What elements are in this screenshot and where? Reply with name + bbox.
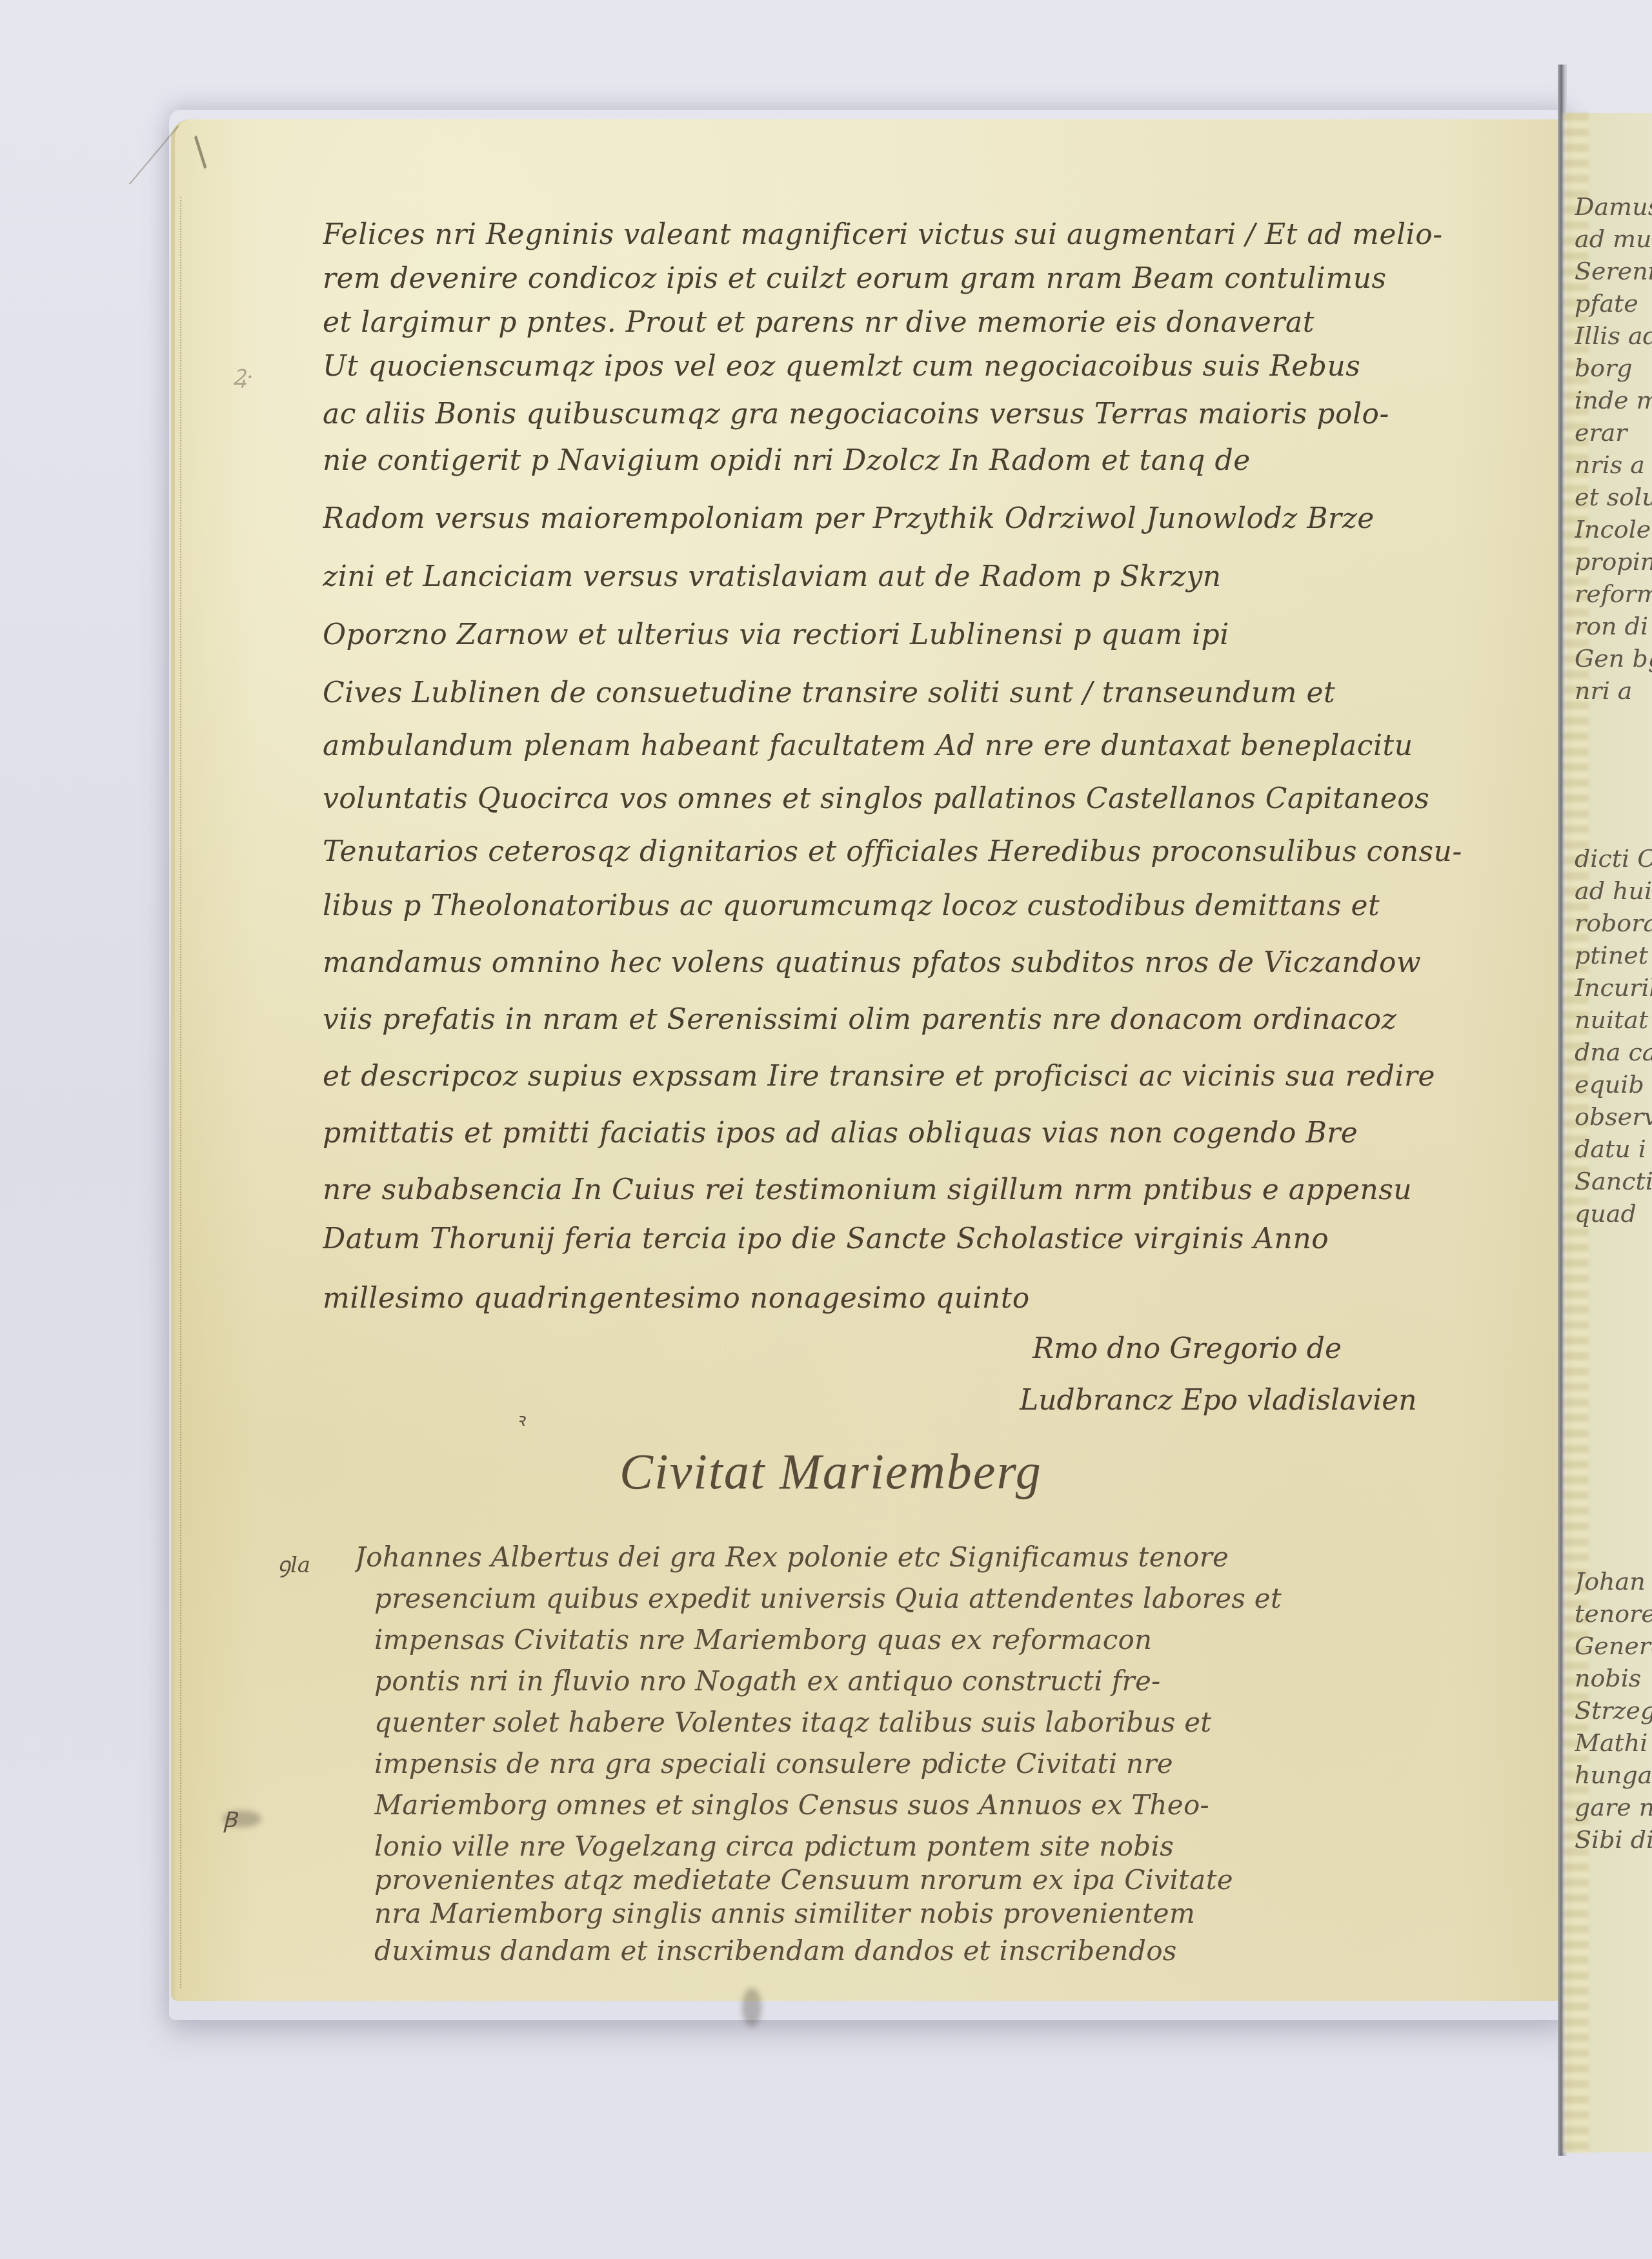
text-line: Johannes Albertus dei gra Rex polonie et… xyxy=(355,1536,1478,1579)
text-line: Ut quocienscumqz ipos vel eoz quemlzt cu… xyxy=(323,345,1497,389)
margin-gloss: ꝯla xyxy=(277,1549,310,1579)
margin-stamp: Ꝝ· xyxy=(232,361,254,391)
text-line: impensas Civitatis nre Mariemborg quas e… xyxy=(374,1619,1497,1661)
text-line: et descripcoz supius expssam Iire transi… xyxy=(323,1055,1497,1099)
text-line: voluntatis Quocirca vos omnes et singlos… xyxy=(323,777,1497,821)
text-line: presencium quibus expedit universis Quia… xyxy=(374,1577,1497,1620)
facing-text-line: quad xyxy=(1575,1194,1652,1233)
text-line: rem devenire condicoz ipis et cuilzt eor… xyxy=(323,257,1497,301)
signature-line: Ludbrancz Epo vladislavien xyxy=(1020,1378,1471,1423)
facing-text-line: nri a xyxy=(1575,671,1652,710)
text-line: nre subabsencia In Cuius rei testimonium… xyxy=(323,1168,1497,1212)
text-line: et largimur p pntes. Prout et parens nr … xyxy=(323,301,1497,345)
text-line: nie contigerit p Navigium opidi nri Dzol… xyxy=(323,439,1497,483)
text-line: impensis de nra gra speciali consulere p… xyxy=(374,1743,1497,1785)
text-line: ambulandum plenam habeant facultatem Ad … xyxy=(323,724,1497,768)
text-line: pmittatis et pmitti faciatis ipos ad ali… xyxy=(323,1111,1497,1155)
text-line: Mariemborg omnes et singlos Census suos … xyxy=(374,1784,1497,1827)
text-line: Cives Lublinen de consuetudine transire … xyxy=(323,671,1497,715)
signature-line: Rmo dno Gregorio de xyxy=(1032,1326,1484,1372)
margin-mark: ꝛ xyxy=(516,1407,525,1432)
manuscript-scan: / Ꝝ· ꝯla Ꞵ ꝛ Felices nri Regninis valean… xyxy=(0,0,1652,2259)
text-line: libus p Theolonatoribus ac quorumcumqz l… xyxy=(323,884,1497,928)
text-line: viis prefatis in nram et Serenissimi oli… xyxy=(323,998,1497,1042)
section-heading: Civitat Mariemberg xyxy=(619,1436,1084,1507)
text-line: Datum Thorunij feria tercia ipo die Sanc… xyxy=(323,1217,1497,1261)
text-line: Oporzno Zarnow et ulterius via rectiori … xyxy=(323,613,1497,657)
text-line: Felices nri Regninis valeant magnificeri… xyxy=(323,213,1497,257)
margin-mark: Ꞵ xyxy=(223,1804,237,1834)
text-line: quenter solet habere Volentes itaqz tali… xyxy=(374,1701,1497,1744)
text-line: ac aliis Bonis quibuscumqz gra negociaco… xyxy=(323,392,1497,436)
text-line: mandamus omnino hec volens quatinus pfat… xyxy=(323,941,1497,985)
text-line: zini et Lanciciam versus vratislaviam au… xyxy=(323,555,1497,599)
text-line: Tenutarios ceterosqz dignitarios et offi… xyxy=(323,830,1497,874)
text-line: Radom versus maiorempoloniam per Przythi… xyxy=(323,497,1497,541)
facing-text-line: Sibi di xyxy=(1575,1820,1652,1859)
ink-stain xyxy=(742,1988,761,2027)
text-line: nra Mariemborg singlis annis similiter n… xyxy=(374,1892,1497,1935)
text-line: duximus dandam et inscribendam dandos et… xyxy=(374,1930,1497,1972)
text-line: millesimo quadringentesimo nonagesimo qu… xyxy=(323,1277,1497,1321)
text-line: pontis nri in fluvio nro Nogath ex antiq… xyxy=(374,1660,1497,1703)
